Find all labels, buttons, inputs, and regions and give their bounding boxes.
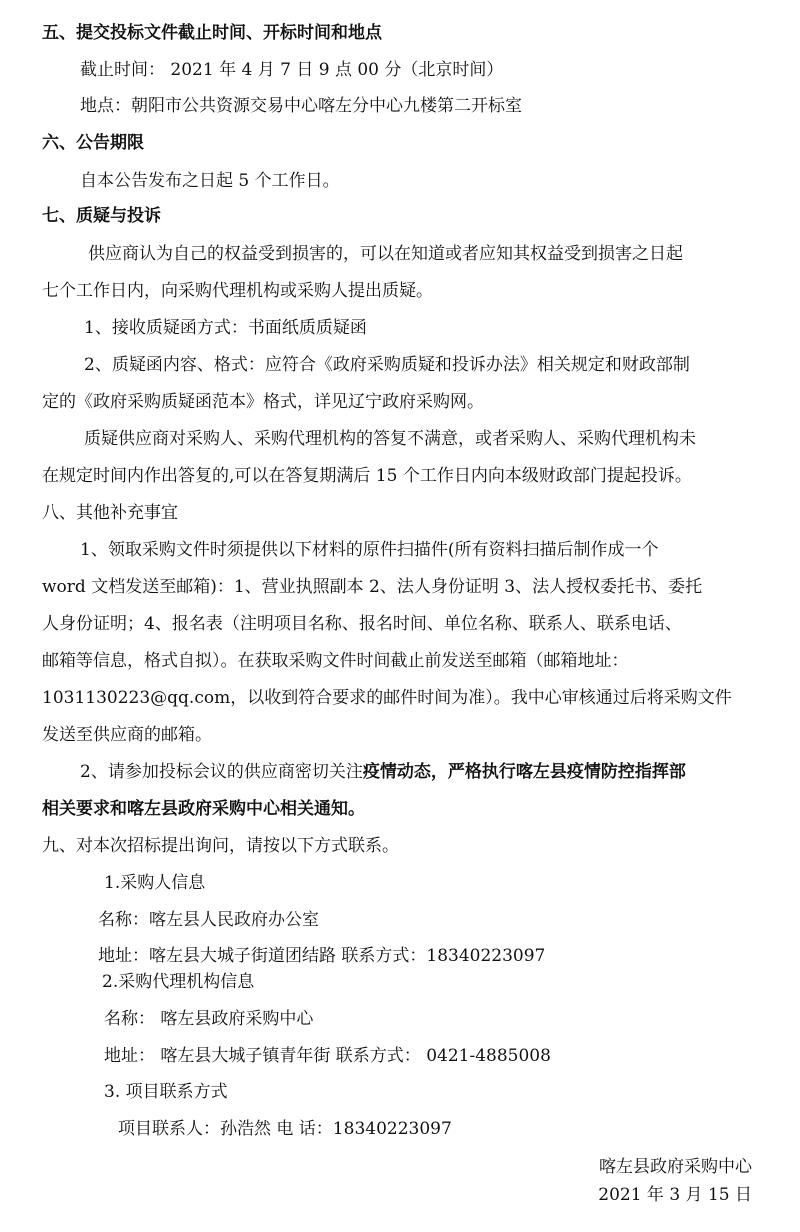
supplement-item1-line2: word 文档发送至邮箱)：1、营业执照副本 2、法人身份证明 3、法人授权委托… [42,576,702,598]
purchaser-name: 名称：喀左县人民政府办公室 [98,909,319,931]
complaint-item2-line2: 定的《政府采购质疑函范本》格式，详见辽宁政府采购网。 [42,391,484,413]
complaint-para1-line2: 七个工作日内，向采购代理机构或采购人提出质疑。 [42,280,433,302]
purchaser-heading: 1.采购人信息 [104,872,205,894]
complaint-item2-line1: 2、质疑函内容、格式：应符合《政府采购质疑和投诉办法》相关规定和财政部制 [84,354,690,376]
purchaser-address: 地址：喀左县大城子街道团结路 联系方式：18340223097 [98,945,545,967]
complaint-para2-line1: 质疑供应商对采购人、采购代理机构的答复不满意，或者采购人、采购代理机构未 [84,428,696,450]
section-8-heading: 八、其他补充事宜 [42,502,178,524]
agency-name: 名称： 喀左县政府采购中心 [104,1008,313,1030]
agency-address: 地址： 喀左县大城子镇青年街 联系方式： 0421-4885008 [104,1045,551,1067]
signature-org: 喀左县政府采购中心 [599,1156,752,1178]
supplement-item1-line5: 1031130223@qq.com，以收到符合要求的邮件时间为准）。我中心审核通… [42,687,732,709]
supplement-item2-line2: 相关要求和喀左县政府采购中心相关通知。 [42,798,365,820]
supplement-item2-bold: 疫情动态，严格执行喀左县疫情防控指挥部 [363,762,686,782]
section-9-heading: 九、对本次招标提出询问，请按以下方式联系。 [42,835,399,857]
signature-date: 2021 年 3 月 15 日 [598,1184,752,1206]
complaint-item1: 1、接收质疑函方式：书面纸质质疑函 [84,317,367,339]
deadline-text: 截止时间： 2021 年 4 月 7 日 9 点 00 分（北京时间） [80,59,503,81]
section-5-heading: 五、提交投标文件截止时间、开标时间和地点 [42,22,382,44]
project-contact-heading: 3. 项目联系方式 [104,1081,228,1103]
supplement-item1-line6: 发送至供应商的邮箱。 [42,724,212,746]
complaint-para2-line2: 在规定时间内作出答复的,可以在答复期满后 15 个工作日内向本级财政部门提起投诉… [42,465,692,487]
section-6-heading: 六、公告期限 [42,132,144,154]
supplement-item1-line3: 人身份证明；4、报名表（注明项目名称、报名时间、单位名称、联系人、联系电话、 [42,613,682,635]
location-text: 地点：朝阳市公共资源交易中心喀左分中心九楼第二开标室 [80,95,522,117]
section-7-heading: 七、质疑与投诉 [42,205,161,227]
supplement-item2-normal: 2、请参加投标会议的供应商密切关注 [80,762,363,782]
supplement-item1-line1: 1、领取采购文件时须提供以下材料的原件扫描件(所有资料扫描后制作成一个 [80,539,658,561]
supplement-item2-line1: 2、请参加投标会议的供应商密切关注疫情动态，严格执行喀左县疫情防控指挥部 [80,761,686,783]
project-contact-info: 项目联系人：孙浩然 电 话：18340223097 [118,1118,452,1140]
notice-period-text: 自本公告发布之日起 5 个工作日。 [80,170,340,192]
supplement-item1-line4: 邮箱等信息，格式自拟）。在获取采购文件时间截止前发送至邮箱（邮箱地址： [42,650,629,672]
complaint-para1-line1: 供应商认为自己的权益受到损害的，可以在知道或者应知其权益受到损害之日起 [88,243,683,265]
agency-heading: 2.采购代理机构信息 [102,971,254,993]
